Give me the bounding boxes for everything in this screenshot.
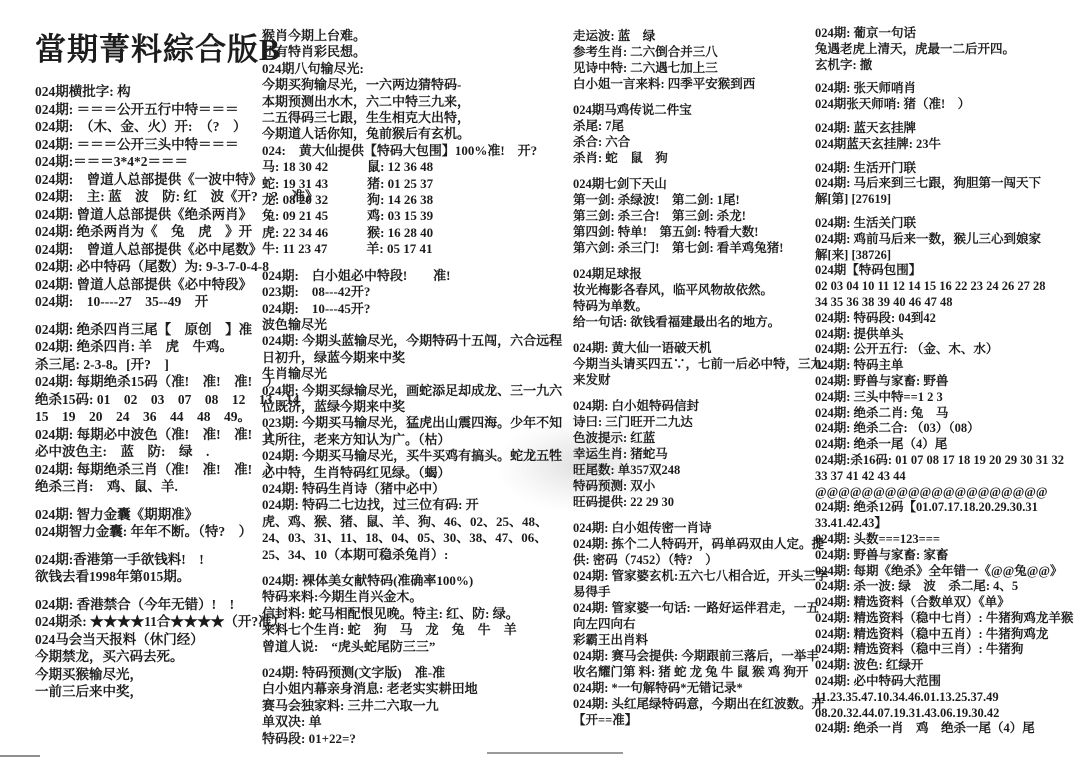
text-line: 白小姐一言来料: 四季平安猴到西 [573, 76, 828, 92]
text-line: 波色输尽光 [262, 317, 562, 333]
text-line: 024期: 杀一波: 绿 波 杀二尾: 4、5 [815, 579, 1073, 595]
text-line: 特码预测: 双小 [573, 478, 828, 494]
text-line: 024期【特码包围】 [815, 263, 1073, 279]
text-line: 妆光梅影各春风，临平风物故依然。 [573, 282, 828, 298]
bottom-left-divider [0, 755, 40, 757]
column-3: 走运波: 蓝 绿参考生肖: 二六倒合并三八见诗中特: 二六遇七加上三白小姐一言来… [573, 28, 828, 728]
text-line: 024期: 公开五行: （金、木、水） [815, 342, 1073, 358]
text-line: 25、34、10（本期可稳杀兔肖）: [262, 547, 562, 563]
text-line: 024期: 蓝天玄挂牌 [815, 121, 1073, 137]
text-line: 马: 18 30 42 鼠: 12 36 48 [262, 159, 562, 175]
text-line: 024期: 今期头蓝输尽光，今期特码十五闯，六合远程 [262, 333, 562, 349]
text-line: 024期: 管家婆玄机:五六七八相合近，开头三字 [573, 568, 828, 584]
text-line: 024期: 今期买马输尽光，买牛买鸡有搞头。蛇龙五牲 [262, 448, 562, 464]
text-line: 杀尾: 7尾 [573, 118, 828, 134]
text-line: 白小姐内幕亲身消息: 老老实实耕田地 [262, 681, 562, 697]
text-line: 今期当头请买四五∵，七前一后必中特，三九 [573, 356, 828, 372]
text-line: 024期: 特码生肖诗（猪中必中） [262, 481, 562, 497]
text-line: 特码为单数。 [573, 298, 828, 314]
column-2: 猴肖今期上台难。还有特肖彩民想。024期八句输尽光:今期买狗输尽光，一六两边猜特… [262, 28, 562, 747]
text-line: 位既济，蓝绿今期来中奖 [262, 399, 562, 415]
text-line: 二五得码三七跟，生生相克大出特， [262, 110, 562, 126]
text-line: 024期: 裸体美女献特码(准确率100%) [262, 573, 562, 589]
text-line: 第六剑: 杀三门! 第七剑: 看羊鸡兔猪! [573, 240, 828, 256]
text-line: 024期: 特码预测(文字版) 准-准 [262, 665, 562, 681]
text-line: 024期: 马后来到三七跟，狗胆第一闯天下 [815, 176, 1073, 192]
text-line [815, 153, 1073, 161]
text-line: 见诗中特: 二六遇七加上三 [573, 60, 828, 76]
text-line: 日初升，绿蓝今期来中奖 [262, 350, 562, 366]
text-line: 今期买狗输尽光，一六两边猜特码- [262, 77, 562, 93]
text-line: 024期: 精选资料（合数单双）《单》 [815, 595, 1073, 611]
text-line: 来发财 [573, 372, 828, 388]
text-line: 第四剑: 特单! 第五剑: 特看大数! [573, 224, 828, 240]
text-line: 杀肖: 蛇 鼠 狗 [573, 150, 828, 166]
text-line: 024期: 绝杀二合: （03）（08） [815, 421, 1073, 437]
text-line: 本期预测出水木，六二中特三九来， [262, 94, 562, 110]
text-line: 旺码提供: 22 29 30 [573, 494, 828, 510]
text-line: 024期七剑下天山 [573, 176, 828, 192]
text-line: 第一剑: 杀绿波! 第二剑: 1尾! [573, 192, 828, 208]
text-line: 赛马会独家料: 三井二六取一九 [262, 698, 562, 714]
text-line: 024期: 头数===123=== [815, 532, 1073, 548]
text-line: 024期: 张天师哨肖 [815, 81, 1073, 97]
text-line: 024期: 白小姐传密一肖诗 [573, 520, 828, 536]
text-line: 024期: 绝杀12码【01.07.17.18.20.29.30.31 [815, 500, 1073, 516]
text-line: 易得手 [573, 584, 828, 600]
text-line: 龙: 08 20 32 狗: 14 26 38 [262, 192, 562, 208]
text-line: 024期: 精选资料（稳中七肖）: 牛猪狗鸡龙羊猴 [815, 611, 1073, 627]
text-line: 024期张天师哨: 猪（准! ） [815, 97, 1073, 113]
text-line: 诗曰: 三门旺开二九达 [573, 414, 828, 430]
text-line: 024期:杀16码: 01 07 08 17 18 19 20 29 30 31… [815, 453, 1073, 469]
text-line: 024期: 白小姐必中特段! 准! [262, 268, 562, 284]
text-line: 单双决: 单 [262, 714, 562, 730]
text-line: 33.41.42.43】 [815, 516, 1073, 532]
text-line: 生肖输尽光 [262, 366, 562, 382]
text-line: 024期: 每期《绝杀》全年错一《@@兔@@》 [815, 564, 1073, 580]
text-line: 024期: 管家婆一句话: 一路好运伴君走，一五 [573, 600, 828, 616]
text-line [262, 563, 562, 573]
text-line [815, 208, 1073, 216]
column-4: 024期: 葡京一句话兔遇老虎上清天，虎最一二后开四。玄机字: 撤024期: 张… [815, 26, 1073, 737]
text-line: 虎、鸡、猴、猪、鼠、羊、狗、46、02、25、48、 [262, 514, 562, 530]
text-line [573, 166, 828, 176]
text-line: 还有特肖彩民想。 [262, 44, 562, 60]
text-line: 024期: 赛马会提供: 今期跟前三落后，一举丰 [573, 648, 828, 664]
text-line: 24、03、31、11、18、04、05、30、38、47、06、 [262, 530, 562, 546]
text-line [573, 330, 828, 340]
text-line [573, 92, 828, 102]
text-line: 024期: 波色: 红绿开 [815, 658, 1073, 674]
text-line: 玄机字: 撤 [815, 58, 1073, 74]
text-line: 猴肖今期上台难。 [262, 28, 562, 44]
text-line: 024期: 生活关门联 [815, 216, 1073, 232]
text-line: 给一句话: 欲钱看福建最出名的地方。 [573, 314, 828, 330]
text-line: 33 37 41 42 43 44 [815, 469, 1073, 485]
text-line: 024期: 野兽与家畜: 野兽 [815, 374, 1073, 390]
text-line: 第三剑: 杀三合! 第三剑: 杀龙! [573, 208, 828, 224]
text-line: 024期: 必中特码大范围 [815, 674, 1073, 690]
text-line: 特码段: 01+22=? [262, 731, 562, 747]
text-line: 024期: 提供单头 [815, 327, 1073, 343]
text-line: 兔: 09 21 45 鸡: 03 15 39 [262, 208, 562, 224]
text-line: 走运波: 蓝 绿 [573, 28, 828, 44]
text-line: 杀合: 六合 [573, 134, 828, 150]
text-line: 色波提示: 红蓝 [573, 430, 828, 446]
text-line: 024期: 鸡前马后来一数，猴儿三心到娘家 [815, 232, 1073, 248]
text-line: 供: 密码（7452）（特? ） [573, 552, 828, 568]
text-line: 024期: 今期买绿输尽光，画蛇添足却成龙、三一九六 [262, 383, 562, 399]
text-line: 蛇: 19 31 43 猪: 01 25 37 [262, 176, 562, 192]
text-line: 024期: 绝杀一肖 鸡 绝杀一尾（4）尾 [815, 721, 1073, 737]
text-line: 牛: 11 23 47 羊: 05 17 41 [262, 241, 562, 257]
text-line: @@@@@@@@@@@@@@@@@@@@ [815, 485, 1073, 501]
text-line: 024期: 特码主单 [815, 358, 1073, 374]
text-line: 兔遇老虎上清天，虎最一二后开四。 [815, 42, 1073, 58]
bottom-center-divider [487, 752, 623, 754]
column-2-lines: 猴肖今期上台难。还有特肖彩民想。024期八句输尽光:今期买狗输尽光，一六两边猜特… [262, 28, 562, 747]
text-line: 今期道人话你知，兔前猴后有玄机。 [262, 126, 562, 142]
text-line: 024期: 特码段: 04到42 [815, 311, 1073, 327]
text-line: 024期: 拣个二人特码开，码单码双由人定。提 [573, 536, 828, 552]
text-line: 收名耀门第 料: 猪 蛇 龙 兔 牛 鼠 猴 鸡 狗开 [573, 664, 828, 680]
text-line: 参考生肖: 二六倒合并三八 [573, 44, 828, 60]
text-line: 024期: 绝杀二肖: 兔 马 [815, 406, 1073, 422]
text-line [573, 388, 828, 398]
text-line: 024期蓝天玄挂牌: 23牛 [815, 137, 1073, 153]
tip-sheet-page: 當期菁料綜合版B 024期横批字: 构024期: ＝＝＝公开五行中特＝＝＝024… [0, 0, 1080, 764]
text-line: 信封料: 蛇马相配恨见晚。特主: 红、防: 绿。 [262, 606, 562, 622]
text-line [815, 113, 1073, 121]
text-line: 来料七个生肖: 蛇 狗 马 龙 兔 牛 羊 [262, 622, 562, 638]
text-line: 曾道人说: “虎头蛇尾防三三” [262, 639, 562, 655]
text-line: 02 03 04 10 11 12 14 15 16 22 23 24 26 2… [815, 279, 1073, 295]
text-line: 023期: 今期买马输尽光，猛虎出山震四海。少年不知 [262, 415, 562, 431]
column-4-lines: 024期: 葡京一句话兔遇老虎上清天，虎最一二后开四。玄机字: 撤024期: 张… [815, 26, 1073, 737]
text-line: 解[来] [38726] [815, 248, 1073, 264]
text-line [262, 655, 562, 665]
text-line [262, 258, 562, 268]
text-line: 彩霸王出肖料 [573, 632, 828, 648]
text-line: 024期: 野兽与家畜: 家畜 [815, 548, 1073, 564]
text-line: 34 35 36 38 39 40 46 47 48 [815, 295, 1073, 311]
text-line: 024期: 精选资料（稳中三肖）: 牛猪狗 [815, 642, 1073, 658]
text-line: 024期足球报 [573, 266, 828, 282]
text-line: 024期: 头红尾绿特码意，今期出在红波数。开 [573, 696, 828, 712]
text-line: 024期: 特码二七边找，过三位有码: 开 [262, 497, 562, 513]
text-line: 024: 黄大仙提供【特码大包围】100%准! 开? [262, 143, 562, 159]
text-line: 024期: *一句解特码*无错记录* [573, 680, 828, 696]
text-line: 旺尾数: 单357双248 [573, 462, 828, 478]
text-line: 虎: 22 34 46 猴: 16 28 40 [262, 225, 562, 241]
text-line [573, 510, 828, 520]
text-line: 024期: 葡京一句话 [815, 26, 1073, 42]
text-line: 11.23.35.47.10.34.46.01.13.25.37.49 [815, 690, 1073, 706]
text-line: 023期: 08---42开? [262, 284, 562, 300]
text-line: 其所往，老来方知认为广。（枯） [262, 432, 562, 448]
text-line: 024期: 生活开门联 [815, 161, 1073, 177]
text-line: 024期: 精选资料（稳中五肖）: 牛猪狗鸡龙 [815, 627, 1073, 643]
text-line: 024期马鸡传说二件宝 [573, 102, 828, 118]
text-line: 024期: 10---45开? [262, 301, 562, 317]
text-line: 解[第] [27619] [815, 192, 1073, 208]
text-line: 特码来料:今期生肖兴金木。 [262, 589, 562, 605]
text-line: 024期: 黄大仙一语破天机 [573, 340, 828, 356]
text-line [573, 256, 828, 266]
text-line: 向左四向右 [573, 616, 828, 632]
text-line: 024期: 三头中特==1 2 3 [815, 390, 1073, 406]
column-3-lines: 走运波: 蓝 绿参考生肖: 二六倒合并三八见诗中特: 二六遇七加上三白小姐一言来… [573, 28, 828, 728]
text-line: 08.20.32.44.07.19.31.43.06.19.30.42 [815, 706, 1073, 722]
text-line: 024期: 绝杀一尾（4）尾 [815, 437, 1073, 453]
text-line: 幸运生肖: 猪蛇马 [573, 446, 828, 462]
text-line: 【开==准】 [573, 712, 828, 728]
text-line: 024期: 白小姐特码信封 [573, 398, 828, 414]
text-line: 024期八句输尽光: [262, 61, 562, 77]
text-line: 必中特，生肖特码红见绿。（蝎） [262, 465, 562, 481]
